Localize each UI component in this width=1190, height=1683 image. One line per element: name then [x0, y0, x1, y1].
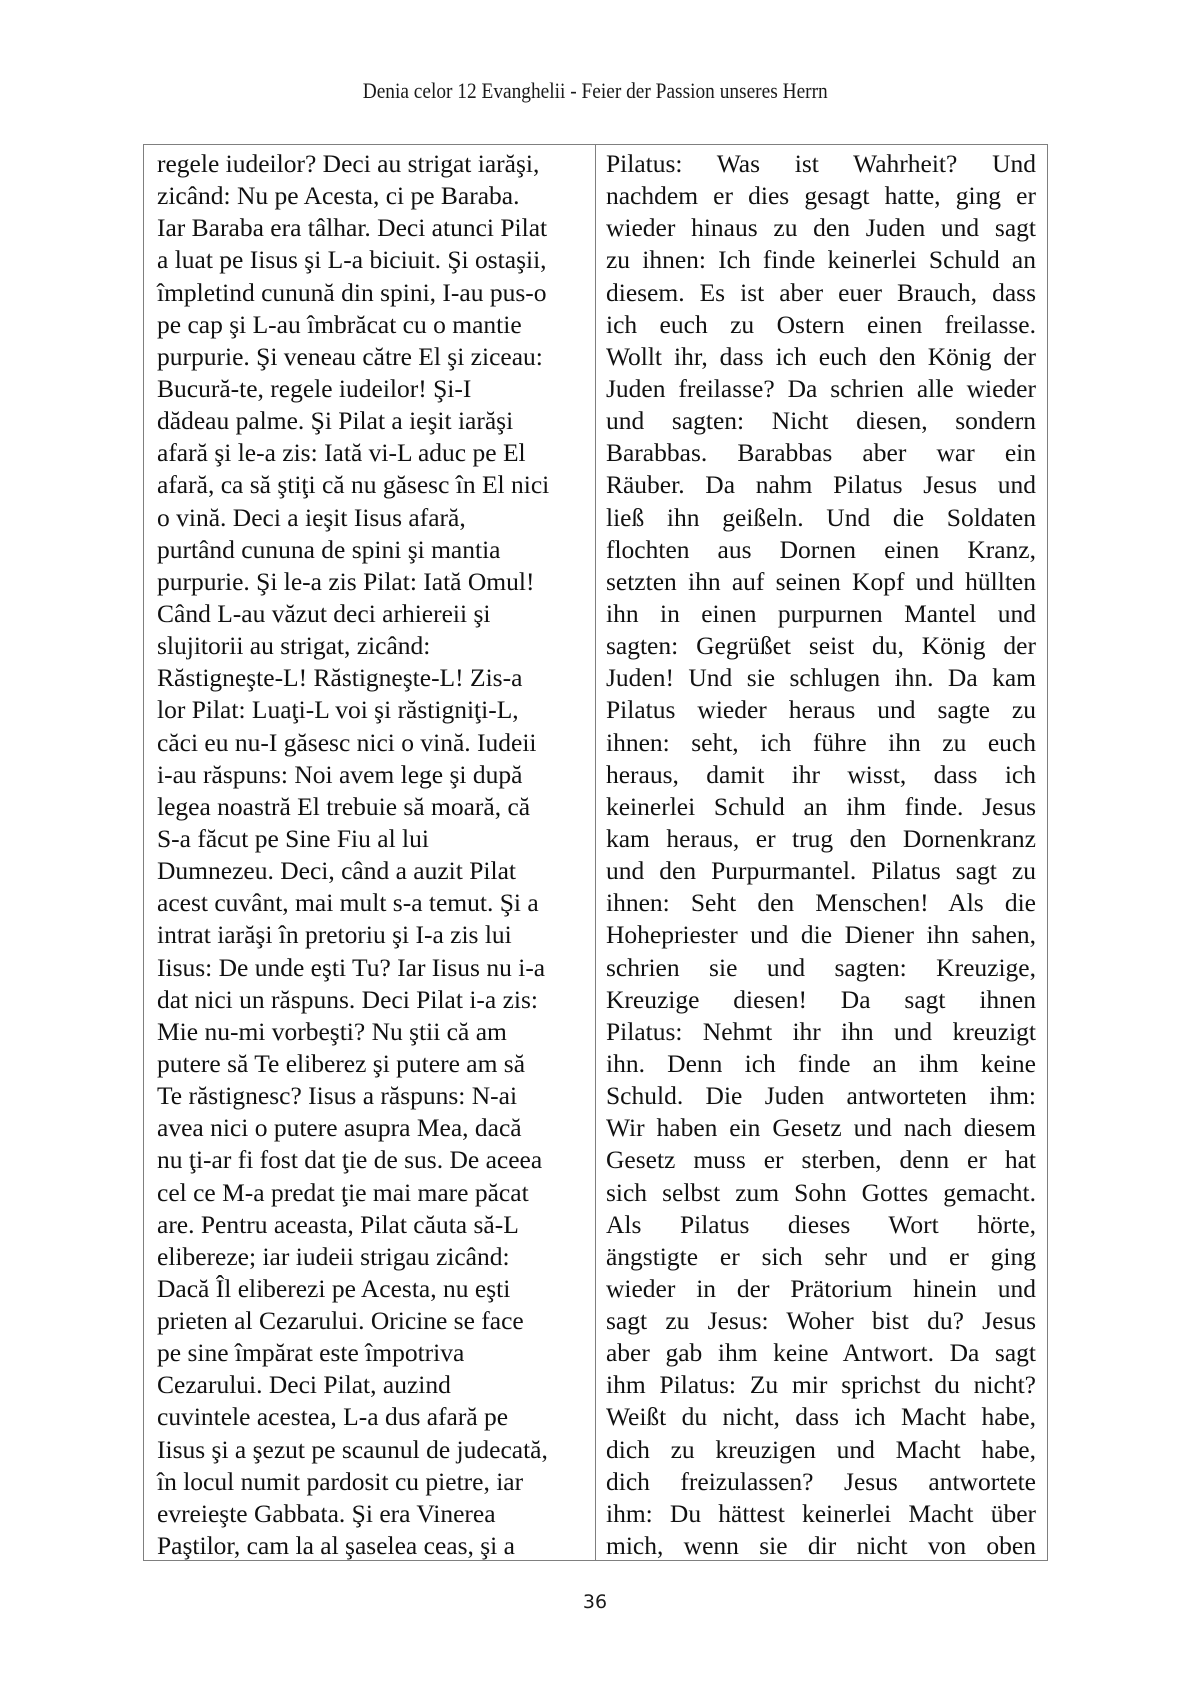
german-text-line: aber gab ihm keine Antwort. Da sagt — [606, 1337, 1036, 1369]
romanian-text-line: Dumnezeu. Deci, când a auzit Pilat — [157, 855, 595, 887]
german-text-line: Juden! Und sie schlugen ihn. Da kam — [606, 662, 1036, 694]
german-text-line: Schuld. Die Juden antworteten ihm: — [606, 1080, 1036, 1112]
romanian-text-line: căci eu nu-I găsesc nici o vină. Iudeii — [157, 727, 595, 759]
german-text-line: Als Pilatus dieses Wort hörte, — [606, 1209, 1036, 1241]
german-text-line: dich freizulassen? Jesus antwortete — [606, 1466, 1036, 1498]
german-text-line: ließ ihn geißeln. Und die Soldaten — [606, 502, 1036, 534]
romanian-text-line: Bucură-te, regele iudeilor! Şi-I — [157, 373, 595, 405]
romanian-text-line: Te răstignesc? Iisus a răspuns: N-ai — [157, 1080, 595, 1112]
german-text-line: Pilatus wieder heraus und sagte zu — [606, 694, 1036, 726]
romanian-text-line: Răstigneşte-L! Răstigneşte-L! Zis-a — [157, 662, 595, 694]
german-column: Pilatus: Was ist Wahrheit? Undnachdem er… — [596, 145, 1047, 1560]
romanian-text-line: Iisus şi a şezut pe scaunul de judecată, — [157, 1434, 595, 1466]
german-text-line: und den Purpurmantel. Pilatus sagt zu — [606, 855, 1036, 887]
german-text-line: flochten aus Dornen einen Kranz, — [606, 534, 1036, 566]
romanian-text-line: pe sine împărat este împotriva — [157, 1337, 595, 1369]
romanian-text-line: putere să Te eliberez şi putere am să — [157, 1048, 595, 1080]
romanian-text-line: cuvintele acestea, L-a dus afară pe — [157, 1401, 595, 1433]
german-text-line: ihnen: Seht den Menschen! Als die — [606, 887, 1036, 919]
german-text-line: diesem. Es ist aber euer Brauch, dass — [606, 277, 1036, 309]
romanian-text-line: purpurie. Şi veneau către El şi ziceau: — [157, 341, 595, 373]
german-text-line: und sagten: Nicht diesen, sondern — [606, 405, 1036, 437]
romanian-text-line: avea nici o putere asupra Mea, dacă — [157, 1112, 595, 1144]
romanian-text-line: afară şi le-a zis: Iată vi-L aduc pe El — [157, 437, 595, 469]
romanian-text-line: Când L-au văzut deci arhiereii şi — [157, 598, 595, 630]
german-text-line: kam heraus, er trug den Dornenkranz — [606, 823, 1036, 855]
german-text-line: setzten ihn auf seinen Kopf und hüllten — [606, 566, 1036, 598]
romanian-text-line: dat nici un răspuns. Deci Pilat i-a zis: — [157, 984, 595, 1016]
romanian-text-line: acest cuvânt, mai mult s-a temut. Şi a — [157, 887, 595, 919]
romanian-text-line: evreieşte Gabbata. Şi era Vinerea — [157, 1498, 595, 1530]
german-text-line: ihn in einen purpurnen Mantel und — [606, 598, 1036, 630]
romanian-text-line: purtând cununa de spini şi mantia — [157, 534, 595, 566]
german-text-line: Kreuzige diesen! Da sagt ihnen — [606, 984, 1036, 1016]
german-text-line: schrien sie und sagten: Kreuzige, — [606, 952, 1036, 984]
german-text-lines: Pilatus: Was ist Wahrheit? Undnachdem er… — [606, 145, 1036, 1560]
romanian-text-line: cel ce M-a predat ţie mai mare păcat — [157, 1177, 595, 1209]
german-text-line: heraus, damit ihr wisst, dass ich — [606, 759, 1036, 791]
page-header-title: Denia celor 12 Evanghelii - Feier der Pa… — [72, 76, 1119, 106]
romanian-text-line: legea noastră El trebuie să moară, că — [157, 791, 595, 823]
german-text-line: keinerlei Schuld an ihm finde. Jesus — [606, 791, 1036, 823]
romanian-text-line: Mie nu-mi vorbeşti? Nu ştii că am — [157, 1016, 595, 1048]
german-text-line: ängstigte er sich sehr und er ging — [606, 1241, 1036, 1273]
romanian-text-line: lor Pilat: Luaţi-L voi şi răstigniţi-L, — [157, 694, 595, 726]
german-text-line: wieder hinaus zu den Juden und sagt — [606, 212, 1036, 244]
german-text-line: Juden freilasse? Da schrien alle wieder — [606, 373, 1036, 405]
german-text-line: Gesetz muss er sterben, denn er hat — [606, 1144, 1036, 1176]
german-text-line: Pilatus: Was ist Wahrheit? Und — [606, 148, 1036, 180]
romanian-text-lines: regele iudeilor? Deci au strigat iarăşi,… — [157, 145, 595, 1560]
romanian-text-line: slujitorii au strigat, zicând: — [157, 630, 595, 662]
page-number: 36 — [0, 1588, 1190, 1616]
romanian-text-line: Paştilor, cam la al şaselea ceas, şi a — [157, 1530, 595, 1560]
romanian-text-line: Iar Baraba era tâlhar. Deci atunci Pilat — [157, 212, 595, 244]
german-text-line: sagt zu Jesus: Woher bist du? Jesus — [606, 1305, 1036, 1337]
romanian-text-line: S-a făcut pe Sine Fiu al lui — [157, 823, 595, 855]
romanian-text-line: prieten al Cezarului. Oricine se face — [157, 1305, 595, 1337]
german-text-line: mich, wenn sie dir nicht von oben — [606, 1530, 1036, 1560]
romanian-text-line: are. Pentru aceasta, Pilat căuta să-L — [157, 1209, 595, 1241]
romanian-text-line: pe cap şi L-au îmbrăcat cu o mantie — [157, 309, 595, 341]
romanian-text-line: purpurie. Şi le-a zis Pilat: Iată Omul! — [157, 566, 595, 598]
romanian-text-line: o vină. Deci a ieşit Iisus afară, — [157, 502, 595, 534]
german-text-line: Wollt ihr, dass ich euch den König der — [606, 341, 1036, 373]
romanian-text-line: nu ţi-ar fi fost dat ţie de sus. De acee… — [157, 1144, 595, 1176]
german-text-line: Räuber. Da nahm Pilatus Jesus und — [606, 469, 1036, 501]
bilingual-text-table: regele iudeilor? Deci au strigat iarăşi,… — [143, 144, 1048, 1561]
romanian-text-line: regele iudeilor? Deci au strigat iarăşi, — [157, 148, 595, 180]
german-text-line: wieder in der Prätorium hinein und — [606, 1273, 1036, 1305]
romanian-text-line: elibereze; iar iudeii strigau zicând: — [157, 1241, 595, 1273]
german-text-line: ich euch zu Ostern einen freilasse. — [606, 309, 1036, 341]
german-text-line: ihm Pilatus: Zu mir sprichst du nicht? — [606, 1369, 1036, 1401]
german-text-line: sich selbst zum Sohn Gottes gemacht. — [606, 1177, 1036, 1209]
romanian-text-line: Cezarului. Deci Pilat, auzind — [157, 1369, 595, 1401]
german-text-line: Pilatus: Nehmt ihr ihn und kreuzigt — [606, 1016, 1036, 1048]
german-text-line: zu ihnen: Ich finde keinerlei Schuld an — [606, 244, 1036, 276]
romanian-text-line: în locul numit pardosit cu pietre, iar — [157, 1466, 595, 1498]
romanian-text-line: zicând: Nu pe Acesta, ci pe Baraba. — [157, 180, 595, 212]
german-text-line: nachdem er dies gesagt hatte, ging er — [606, 180, 1036, 212]
romanian-text-line: i-au răspuns: Noi avem lege şi după — [157, 759, 595, 791]
german-text-line: Barabbas. Barabbas aber war ein — [606, 437, 1036, 469]
german-text-line: ihn. Denn ich finde an ihm keine — [606, 1048, 1036, 1080]
romanian-text-line: dădeau palme. Şi Pilat a ieşit iarăşi — [157, 405, 595, 437]
romanian-text-line: intrat iarăşi în pretoriu şi I-a zis lui — [157, 919, 595, 951]
german-text-line: Wir haben ein Gesetz und nach diesem — [606, 1112, 1036, 1144]
german-text-line: ihm: Du hättest keinerlei Macht über — [606, 1498, 1036, 1530]
german-text-line: Weißt du nicht, dass ich Macht habe, — [606, 1401, 1036, 1433]
german-text-line: ihnen: seht, ich führe ihn zu euch — [606, 727, 1036, 759]
romanian-text-line: a luat pe Iisus şi L-a biciuit. Şi ostaş… — [157, 244, 595, 276]
romanian-text-line: afară, ca să ştiţi că nu găsesc în El ni… — [157, 469, 595, 501]
romanian-text-line: împletind cunună din spini, I-au pus-o — [157, 277, 595, 309]
romanian-column: regele iudeilor? Deci au strigat iarăşi,… — [144, 145, 596, 1560]
german-text-line: Hohepriester und die Diener ihn sahen, — [606, 919, 1036, 951]
romanian-text-line: Dacă Îl eliberezi pe Acesta, nu eşti — [157, 1273, 595, 1305]
romanian-text-line: Iisus: De unde eşti Tu? Iar Iisus nu i-a — [157, 952, 595, 984]
german-text-line: sagten: Gegrüßet seist du, König der — [606, 630, 1036, 662]
german-text-line: dich zu kreuzigen und Macht habe, — [606, 1434, 1036, 1466]
